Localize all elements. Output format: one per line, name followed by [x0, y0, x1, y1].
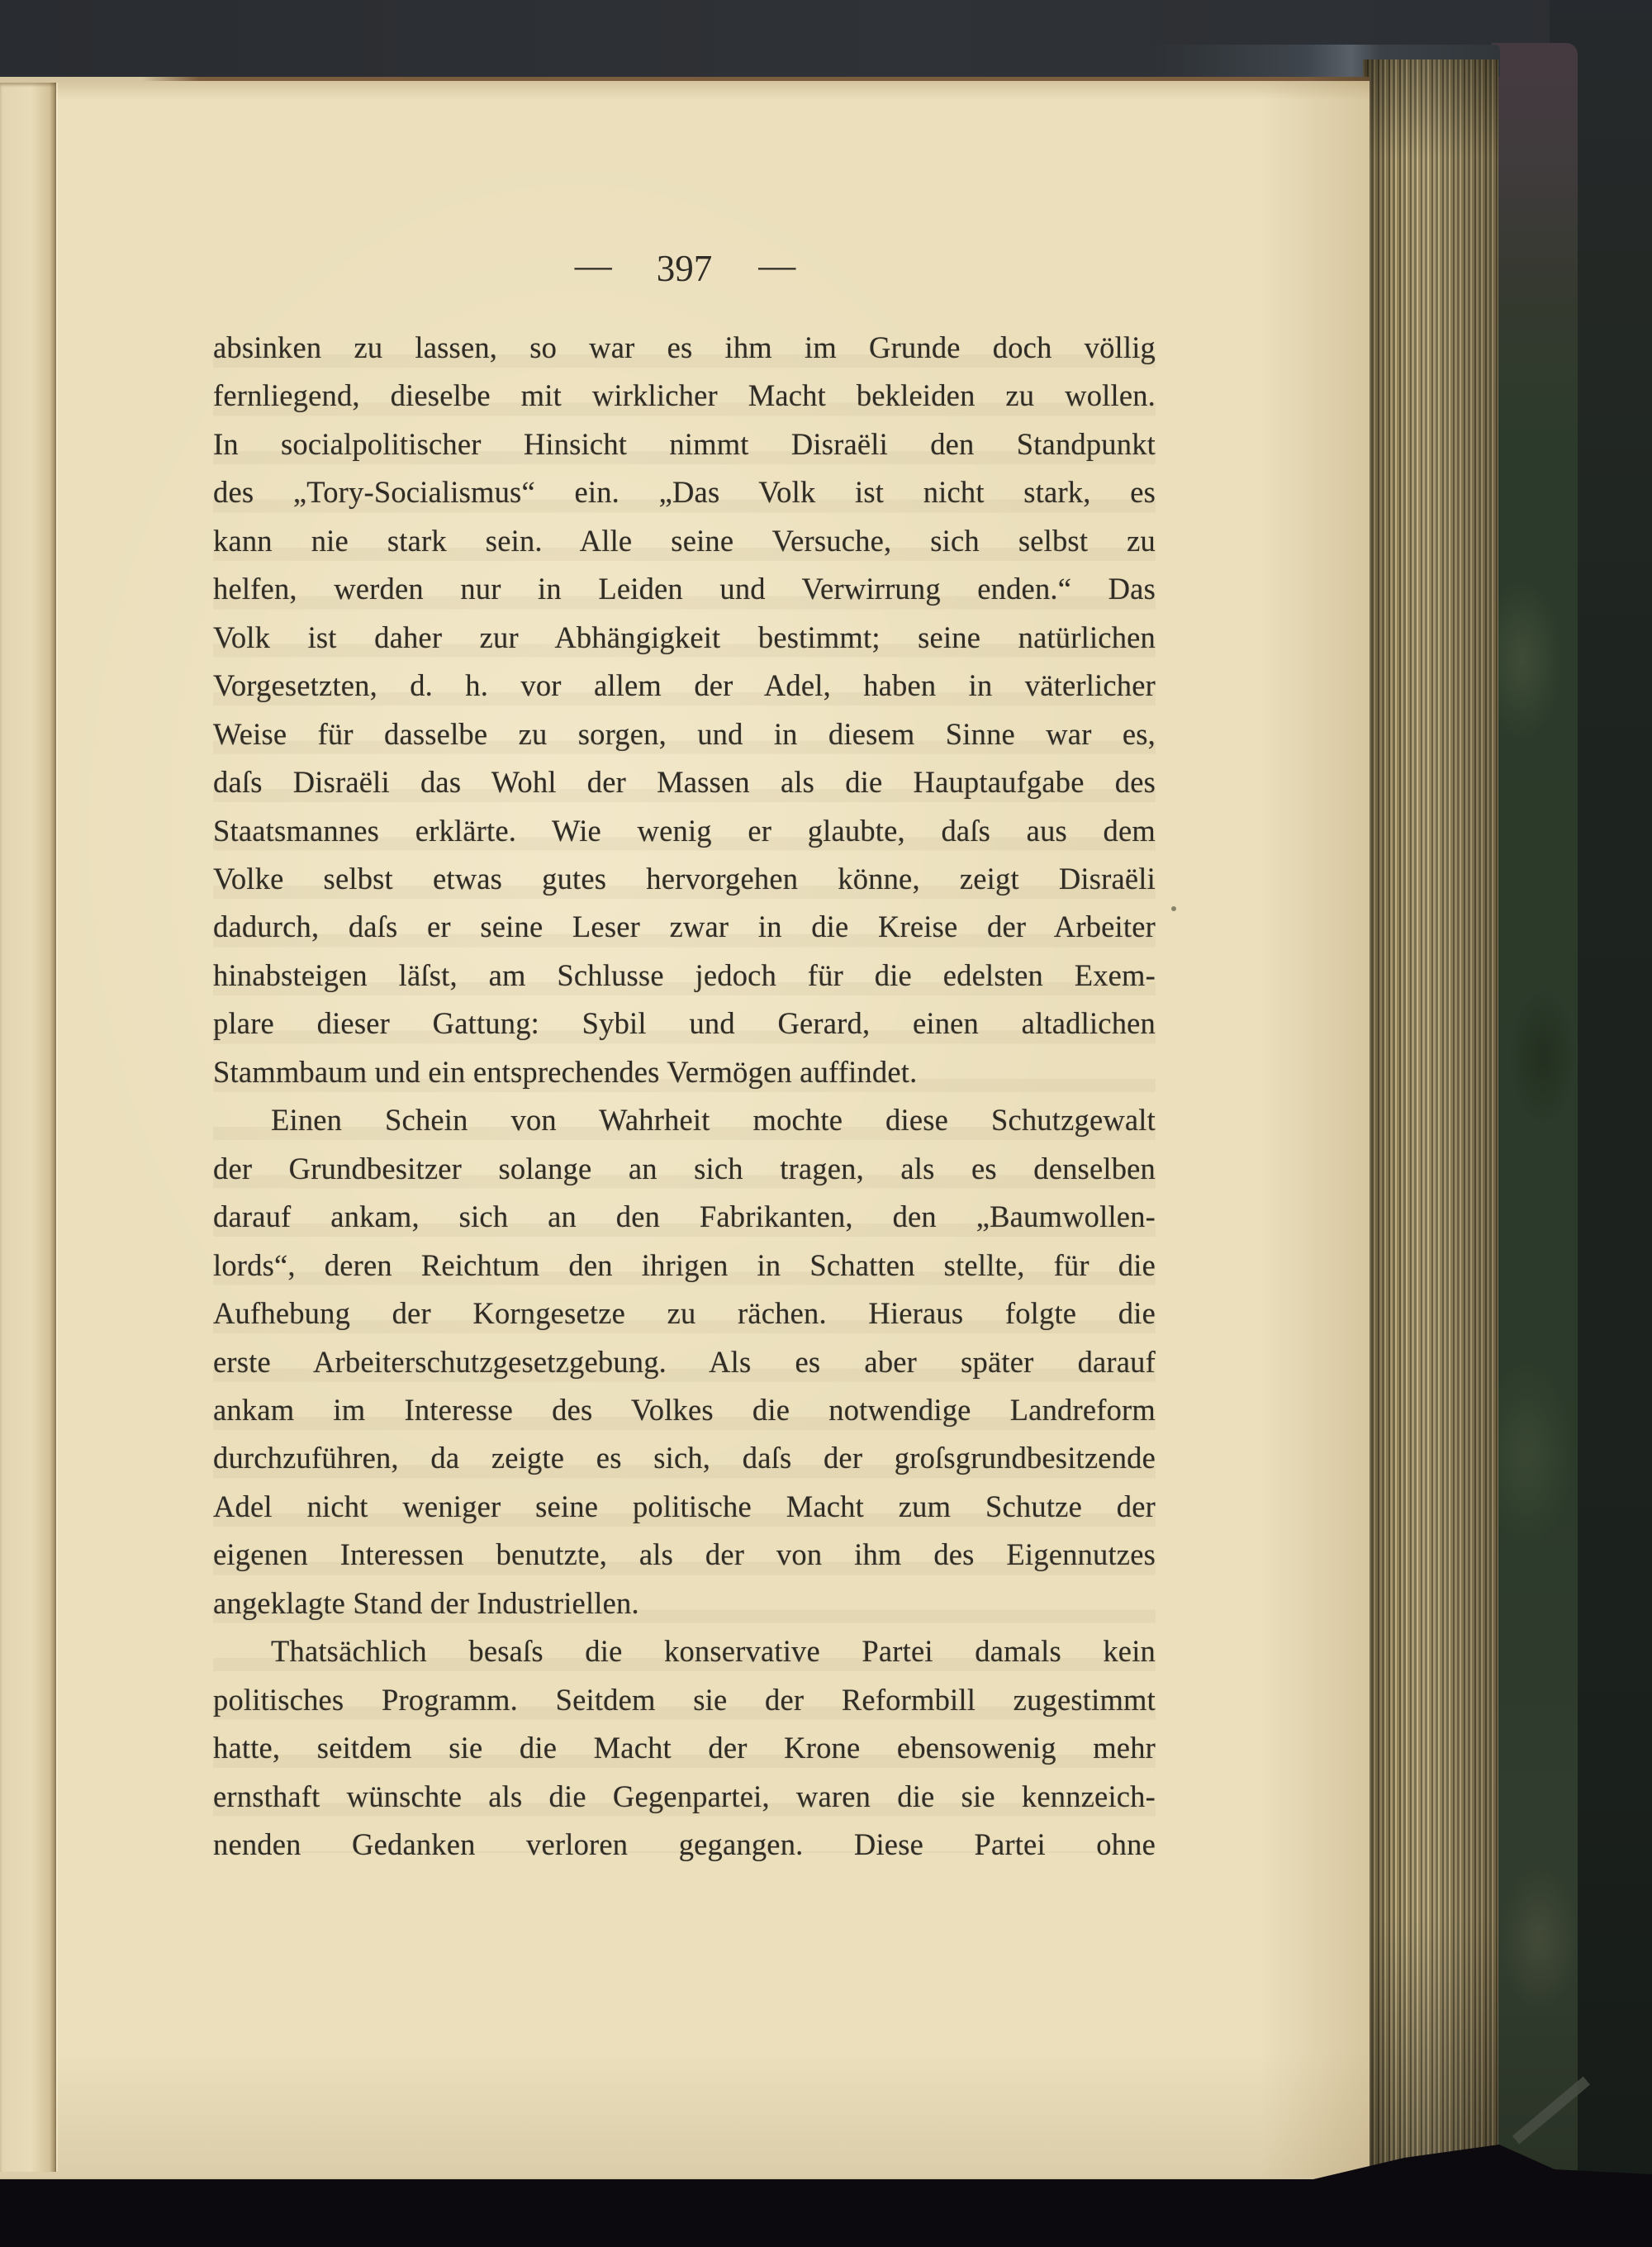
ink-speck [1171, 906, 1176, 911]
text-line: Thatsächlich besaſs die konservative Par… [213, 1627, 1156, 1675]
underlying-page-edge [0, 83, 56, 2172]
book-page: — 397 — absinken zu lassen, so war es ih… [0, 77, 1370, 2180]
text-line: Vorgesetzten, d. h. vor allem der Adel, … [213, 662, 1156, 710]
text-line: darauf ankam, sich an den Fabrikanten, d… [213, 1193, 1156, 1241]
text-line: Weise für dasselbe zu sorgen, und in die… [213, 710, 1156, 758]
text-line: ernsthaft wünschte als die Gegenpartei, … [213, 1773, 1156, 1821]
text-line: der Grundbesitzer solange an sich tragen… [213, 1145, 1156, 1193]
page-number-dash-left: — [575, 244, 610, 287]
text-line: helfen, werden nur in Leiden und Verwirr… [213, 565, 1156, 613]
page-number-dash-right: — [758, 244, 794, 287]
text-line: ankam im Interesse des Volkes die notwen… [213, 1386, 1156, 1434]
text-line: durchzuführen, da zeigte es sich, daſs d… [213, 1434, 1156, 1482]
scanned-book-photo: — 397 — absinken zu lassen, so war es ih… [0, 0, 1652, 2247]
text-line: nenden Gedanken verloren gegangen. Diese… [213, 1821, 1156, 1869]
text-line: dadurch, daſs er seine Leser zwar in die… [213, 903, 1156, 951]
text-line: Volk ist daher zur Abhängigkeit bestimmt… [213, 614, 1156, 662]
page-number-value: 397 [657, 247, 713, 290]
text-line: In socialpolitischer Hinsicht nimmt Disr… [213, 420, 1156, 468]
text-line: fernliegend, dieselbe mit wirklicher Mac… [213, 372, 1156, 420]
book-cover-edge [1492, 43, 1578, 2247]
page-number: — 397 — [213, 247, 1156, 290]
text-line: hinabsteigen läſst, am Schlusse jedoch f… [213, 952, 1156, 1000]
text-line: lords“, deren Reichtum den ihrigen in Sc… [213, 1242, 1156, 1290]
text-line: erste Arbeiterschutzgesetzgebung. Als es… [213, 1338, 1156, 1386]
text-line: Stammbaum und ein entsprechendes Vermöge… [213, 1048, 1156, 1096]
page-top-edge-shadow [142, 77, 1370, 81]
text-line: Einen Schein von Wahrheit mochte diese S… [213, 1096, 1156, 1144]
text-line: plare dieser Gattung: Sybil und Gerard, … [213, 1000, 1156, 1047]
text-line: des „Tory-Socialismus“ ein. „Das Volk is… [213, 468, 1156, 516]
text-line: kann nie stark sein. Alle seine Versuche… [213, 517, 1156, 565]
text-line: Aufhebung der Korngesetze zu rächen. Hie… [213, 1290, 1156, 1337]
text-line: eigenen Interessen benutzte, als der von… [213, 1531, 1156, 1579]
text-line: Volke selbst etwas gutes hervorgehen kön… [213, 855, 1156, 903]
text-line: Staatsmannes erklärte. Wie wenig er glau… [213, 807, 1156, 855]
text-line: politisches Programm. Seitdem sie der Re… [213, 1676, 1156, 1724]
book-fore-edge-pages [1363, 59, 1498, 2171]
text-line: angeklagte Stand der Industriellen. [213, 1580, 1156, 1627]
text-line: absinken zu lassen, so war es ihm im Gru… [213, 324, 1156, 372]
text-line: daſs Disraëli das Wohl der Massen als di… [213, 758, 1156, 806]
text-line: hatte, seitdem sie die Macht der Krone e… [213, 1724, 1156, 1772]
page-text: absinken zu lassen, so war es ihm im Gru… [213, 324, 1156, 1869]
text-line: Adel nicht weniger seine politische Mach… [213, 1483, 1156, 1531]
